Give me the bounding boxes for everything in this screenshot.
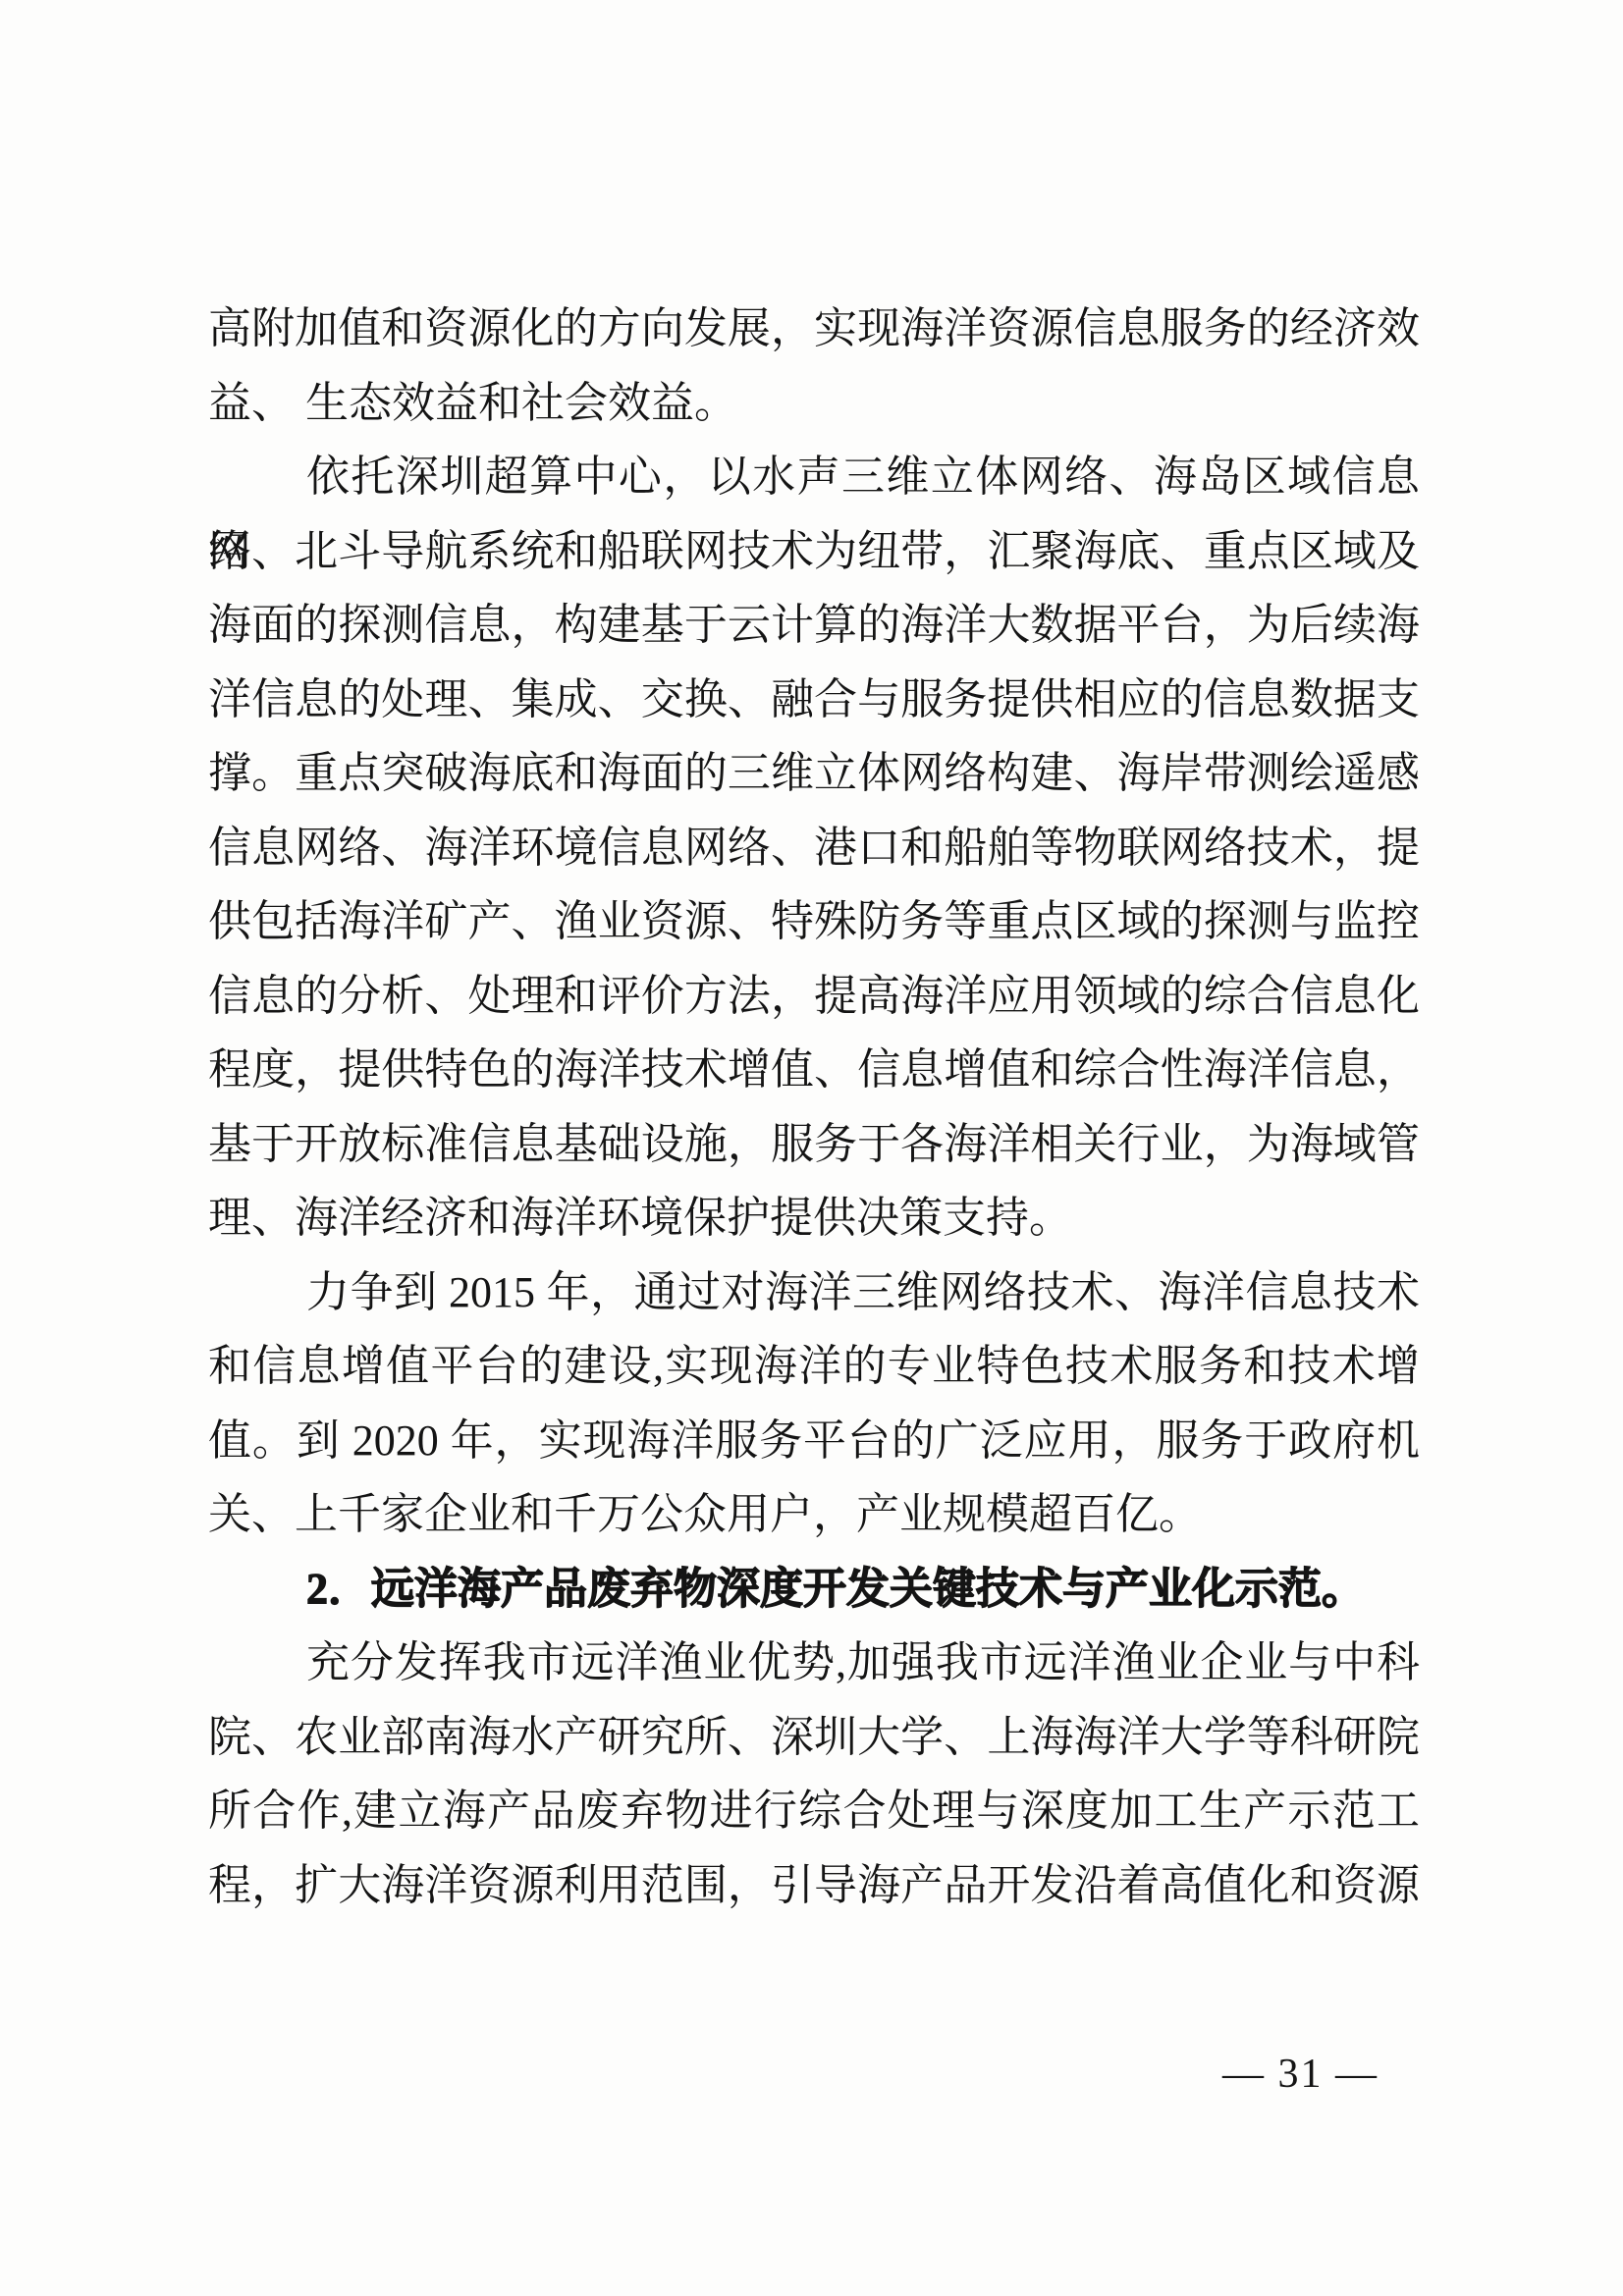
body-line-21: 所合作,建立海产品废弃物进行综合处理与深度加工生产示范工 (208, 1774, 1420, 1848)
body-line-22: 程，扩大海洋资源利用范围，引导海产品开发沿着高值化和资源 (208, 1848, 1420, 1923)
body-line-7: 撑。重点突破海底和海面的三维立体网络构建、海岸带测绘遥感 (208, 736, 1420, 811)
body-line-13: 理、海洋经济和海洋环境保护提供决策支持。 (208, 1181, 1420, 1255)
text-block: 高附加值和资源化的方向发展，实现海洋资源信息服务的经济效益、 生态效益和社会效益… (208, 292, 1420, 1922)
body-line-4: 络、北斗导航系统和船联网技术为纽带，汇聚海底、重点区域及 (208, 514, 1420, 589)
body-line-10: 信息的分析、处理和评价方法，提高海洋应用领域的综合信息化 (208, 959, 1420, 1034)
body-line-9: 供包括海洋矿产、渔业资源、特殊防务等重点区域的探测与监控 (208, 884, 1420, 959)
document-page: 高附加值和资源化的方向发展，实现海洋资源信息服务的经济效益、 生态效益和社会效益… (0, 0, 1623, 2296)
body-line-2: 益、 生态效益和社会效益。 (208, 366, 1420, 441)
body-line-3: 依托深圳超算中心，以水声三维立体网络、海岛区域信息网 (208, 440, 1420, 514)
body-line-15: 和信息增值平台的建设,实现海洋的专业特色技术服务和技术增 (208, 1329, 1420, 1404)
body-line-14: 力争到 2015 年，通过对海洋三维网络技术、海洋信息技术 (208, 1255, 1420, 1330)
page-number: — 31 — (1222, 2050, 1379, 2099)
body-line-16: 值。到 2020 年，实现海洋服务平台的广泛应用，服务于政府机 (208, 1404, 1420, 1478)
body-line-1: 高附加值和资源化的方向发展，实现海洋资源信息服务的经济效 (208, 292, 1420, 366)
body-line-11: 程度，提供特色的海洋技术增值、信息增值和综合性海洋信息， (208, 1033, 1420, 1107)
body-line-17: 关、上千家企业和千万公众用户，产业规模超百亿。 (208, 1477, 1420, 1552)
body-line-19: 充分发挥我市远洋渔业优势,加强我市远洋渔业企业与中科 (208, 1626, 1420, 1700)
body-line-5: 海面的探测信息，构建基于云计算的海洋大数据平台，为后续海 (208, 588, 1420, 663)
body-line-6: 洋信息的处理、集成、交换、融合与服务提供相应的信息数据支 (208, 663, 1420, 737)
body-line-20: 院、农业部南海水产研究所、深圳大学、上海海洋大学等科研院 (208, 1700, 1420, 1775)
body-line-8: 信息网络、海洋环境信息网络、港口和船舶等物联网络技术，提 (208, 811, 1420, 885)
section-heading: 2．远洋海产品废弃物深度开发关键技术与产业化示范。 (208, 1552, 1420, 1627)
body-line-12: 基于开放标准信息基础设施，服务于各海洋相关行业，为海域管 (208, 1107, 1420, 1182)
